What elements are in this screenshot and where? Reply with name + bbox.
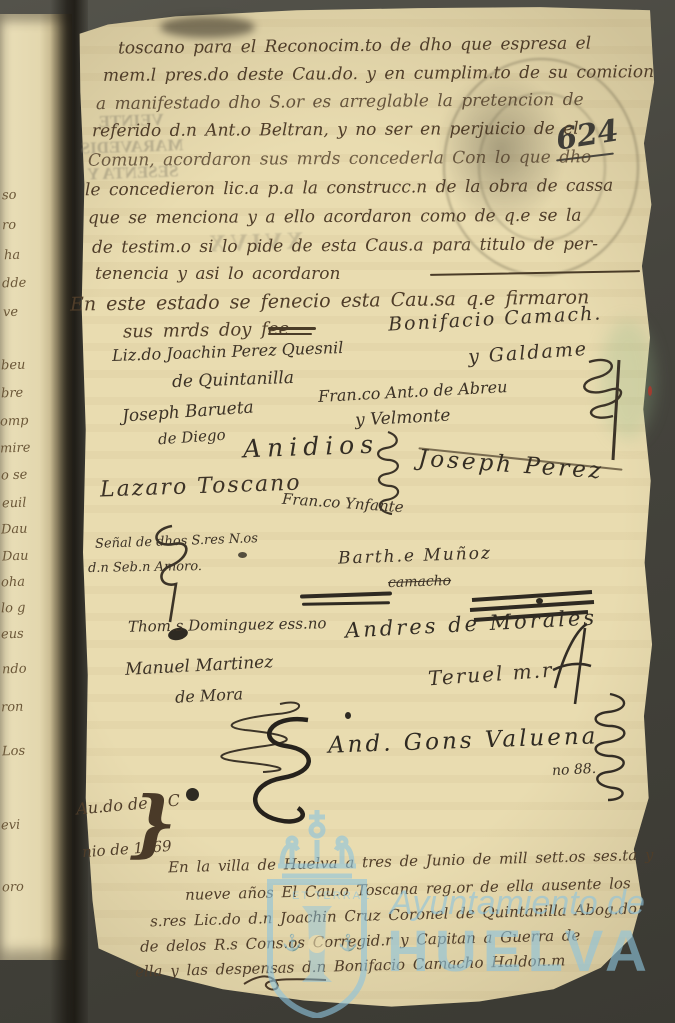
- signature: de Quintanilla: [172, 368, 295, 392]
- ink-blot: [345, 712, 351, 719]
- left-fragment: ron: [1, 700, 24, 716]
- left-fragment: Dau: [1, 522, 28, 538]
- left-fragment: lo g: [1, 601, 26, 617]
- main-text-line: que se menciona y a ello acordaron como …: [88, 206, 582, 229]
- main-text-line: tenencia y asi lo acordaron: [95, 264, 340, 284]
- left-fragment: oro: [2, 880, 24, 896]
- flourish-paraph-icon: [142, 522, 197, 627]
- left-fragment: oha: [1, 575, 25, 591]
- main-text-line: de testim.o si lo pide de esta Caus.a pa…: [92, 234, 598, 258]
- margin-brace: }: [130, 780, 176, 865]
- left-fragment: ha: [4, 248, 21, 264]
- main-text-line: mem.l pres.do deste Cau.do. y en cumplim…: [103, 62, 654, 86]
- left-fragment: dde: [2, 276, 27, 292]
- manuscript-scan: so ro ha dde ve beu bre omp mire o se eu…: [0, 0, 675, 1023]
- left-fragment: mire: [0, 440, 31, 456]
- red-fleck: [648, 386, 652, 396]
- bleedthrough-stamp: VEINTE MARAVEDIS SESENTA Y: [51, 105, 214, 189]
- doy-fee-dash: [268, 333, 312, 335]
- left-fragment: bre: [1, 386, 24, 402]
- main-text-line: referido d.n Ant.o Beltran, y no ser en …: [92, 119, 579, 142]
- left-fragment: ro: [2, 218, 17, 233]
- left-fragment: evi: [1, 818, 21, 834]
- scribble-crossout-icon: [468, 586, 598, 626]
- left-fragment: ve: [3, 305, 19, 321]
- flourish-grand-swash-icon: [238, 712, 333, 837]
- closing-line: sus mrds doy fee: [123, 319, 290, 343]
- flourish-rubric-icon: [575, 352, 631, 467]
- left-fragment: so: [2, 188, 17, 203]
- flourish-h-paraph-icon: [545, 618, 595, 708]
- left-fragment: Dau: [2, 549, 29, 565]
- flourish-coil-icon: [370, 428, 406, 528]
- left-fragment: euil: [2, 496, 27, 512]
- signature-struck: camacho: [388, 573, 452, 591]
- main-text-line: a manifestado dho S.or es arreglable la …: [96, 90, 584, 114]
- left-fragment: omp: [0, 414, 29, 430]
- left-fragment: Los: [2, 744, 26, 760]
- signature: Anidios: [243, 430, 380, 464]
- left-fragment: beu: [1, 358, 26, 374]
- left-fragment: eus: [1, 627, 24, 643]
- foot-flourish-icon: [240, 972, 330, 994]
- main-text-line: Comun, acordaron sus mrds concederla Con…: [88, 147, 591, 171]
- left-fragment: ndo: [2, 662, 27, 678]
- doy-fee-dash: [268, 327, 316, 330]
- ink-blot: [186, 788, 199, 801]
- ink-blot: [238, 552, 247, 558]
- left-fragment: o se: [1, 468, 28, 484]
